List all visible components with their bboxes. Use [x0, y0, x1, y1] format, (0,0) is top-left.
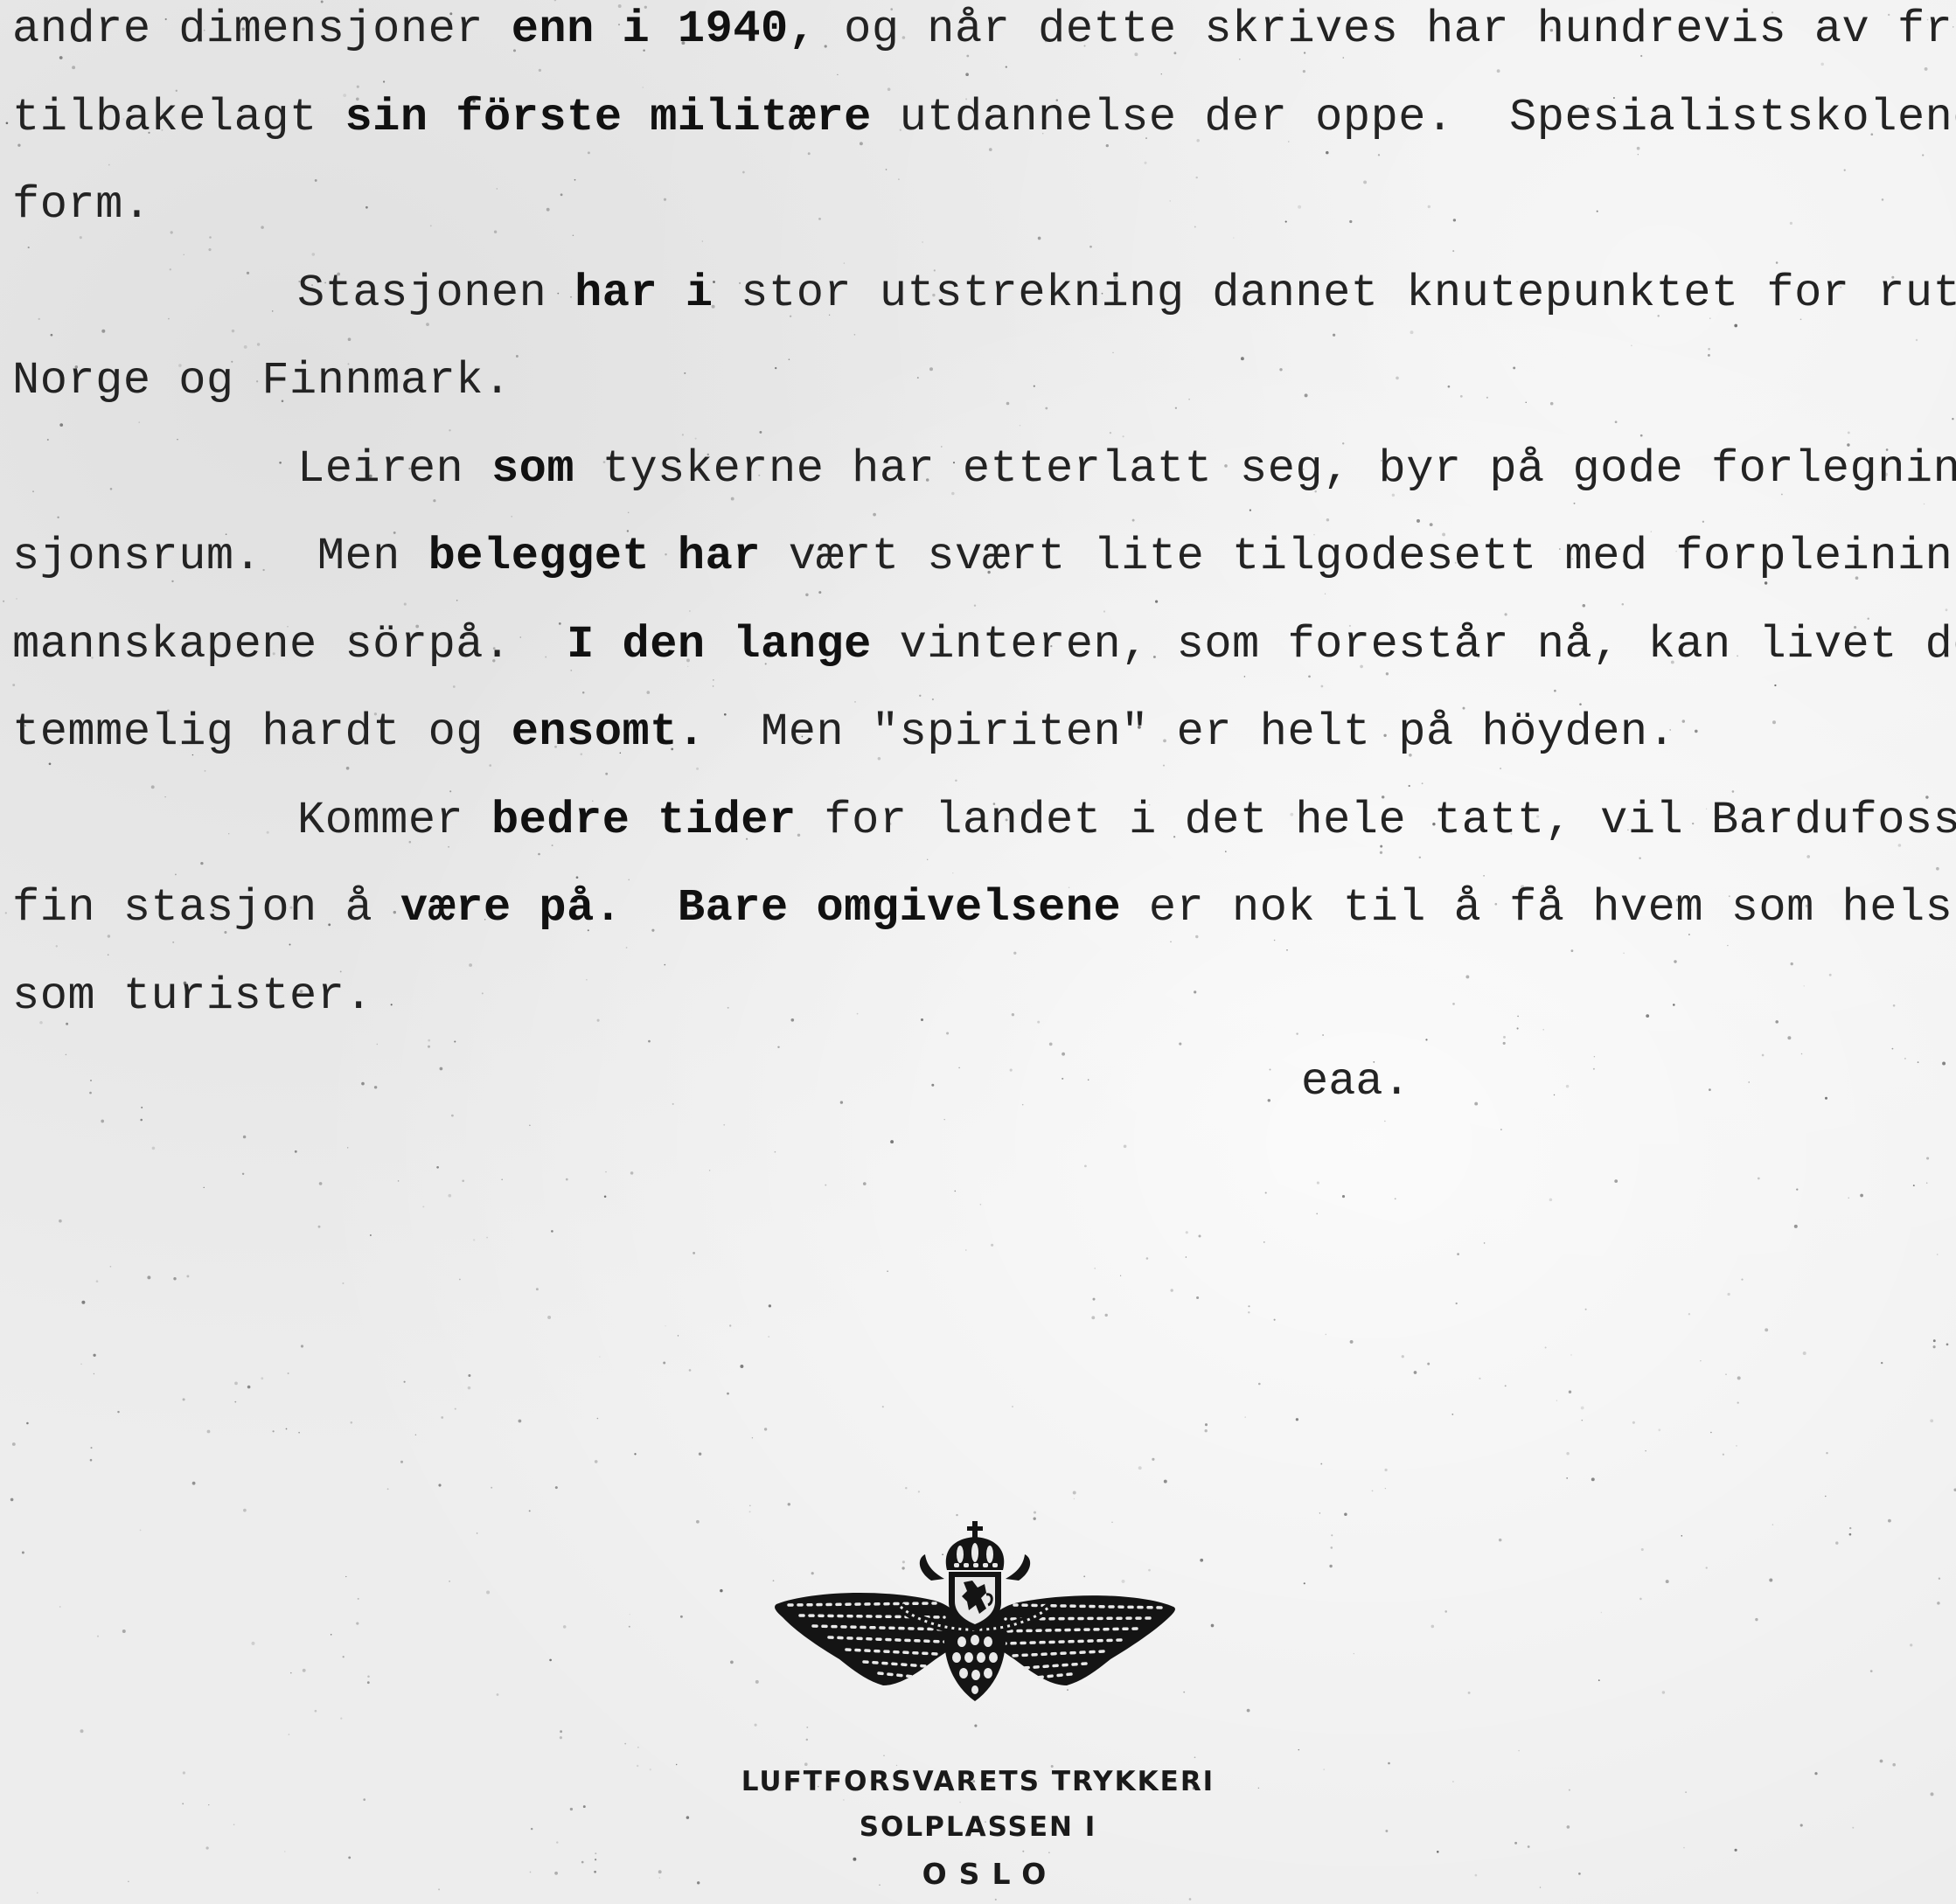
text-segment: sjonsrum. Men	[12, 531, 428, 582]
printer-address: SOLPLASSEN I	[0, 1811, 1956, 1843]
text-segment: som turister.	[12, 970, 372, 1022]
text-segment: form.	[12, 179, 151, 231]
text-segment-heavy: som	[491, 443, 574, 495]
text-line: temmelig hardt og ensomt. Men "spiriten"…	[12, 706, 1675, 759]
text-segment: vært svært lite tilgodesett med forplein…	[761, 531, 1956, 582]
text-segment-heavy: ensomt.	[512, 706, 706, 758]
text-line: Stasjonen har i stor utstrekning dannet …	[297, 268, 1956, 320]
text-segment: tilbakelagt	[12, 92, 345, 143]
signature-initials: eaa.	[1301, 1056, 1410, 1108]
text-segment-heavy: har i	[574, 268, 713, 319]
text-segment: Kommer	[297, 795, 491, 846]
text-segment: mannskapene sörpå.	[12, 619, 567, 671]
printer-name: LUFTFORSVARETS TRYKKERI	[0, 1766, 1956, 1797]
text-segment-heavy: være på. Bare omgivelsene	[400, 882, 1121, 934]
text-segment-heavy: I den lange	[567, 619, 872, 671]
air-force-wings-crown-emblem-icon	[769, 1519, 1180, 1707]
text-segment-heavy: enn i 1940,	[512, 3, 817, 55]
text-segment: utdannelse der oppe. Spesialistskolene b…	[872, 92, 1956, 143]
text-line: andre dimensjoner enn i 1940, og når det…	[12, 3, 1956, 56]
text-segment-heavy: sin förste militære	[345, 92, 871, 143]
text-line: form.	[12, 179, 151, 232]
text-segment: temmelig hardt og	[12, 706, 512, 758]
text-line: sjonsrum. Men belegget har vært svært li…	[12, 531, 1956, 583]
text-segment: for landet i det hele tatt, vil Bardufos…	[797, 795, 1956, 846]
text-segment: Norge og Finnmark.	[12, 355, 512, 407]
text-segment: vinteren, som forestår nå, kan livet der…	[872, 619, 1956, 671]
text-line: Leiren som tyskerne har etterlatt seg, b…	[297, 443, 1956, 496]
printer-city: OSLO	[0, 1857, 1956, 1891]
text-segment-heavy: bedre tider	[491, 795, 797, 846]
text-segment: andre dimensjoner	[12, 3, 512, 55]
text-line: Kommer bedre tider for landet i det hele…	[297, 795, 1956, 847]
text-segment: er nok til å få hvem som helst til å föl…	[1121, 882, 1956, 934]
text-segment: tyskerne har etterlatt seg, byr på gode …	[574, 443, 1956, 495]
text-line: fin stasjon å være på. Bare omgivelsene …	[12, 882, 1956, 935]
text-segment-heavy: belegget har	[428, 531, 761, 582]
text-line: tilbakelagt sin förste militære utdannel…	[12, 92, 1956, 144]
text-segment: Stasjonen	[297, 268, 574, 319]
text-segment: Leiren	[297, 443, 491, 495]
text-segment: Men "spiriten" er helt på höyden.	[706, 706, 1676, 758]
text-segment: og når dette skrives har hundrevis av fr…	[816, 3, 1956, 55]
text-segment: fin stasjon å	[12, 882, 400, 934]
text-line: mannskapene sörpå. I den lange vinteren,…	[12, 619, 1956, 671]
text-line: som turister.	[12, 970, 372, 1023]
text-line: Norge og Finnmark.	[12, 355, 512, 407]
text-segment: stor utstrekning dannet knutepunktet for…	[713, 268, 1956, 319]
